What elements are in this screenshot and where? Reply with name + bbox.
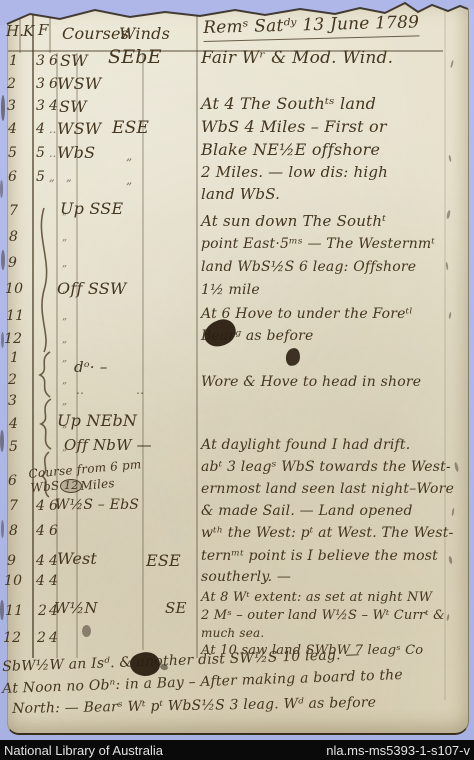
knots-cell: 3: [36, 54, 45, 68]
knots-cell: 5: [36, 146, 45, 160]
knots-cell: 5: [36, 170, 45, 184]
fathoms-cell: 6: [49, 524, 58, 538]
course-entry: W½N: [54, 601, 98, 616]
knots-cell: 4: [36, 524, 45, 538]
remark-line: At 4 The Southᵗˢ land: [201, 96, 376, 112]
knots-cell: 2: [38, 604, 47, 618]
ditto-mark: „: [62, 376, 67, 386]
ink-speck: [1, 95, 5, 121]
remark-line: At 6 Hove to under the Foreᵗˡ: [201, 307, 413, 321]
fathoms-cell: 4: [49, 574, 58, 588]
remark-line: At sun down The Southᵗ: [201, 214, 386, 229]
ditto-mark: „: [62, 233, 67, 243]
catalog-id: nla.ms-ms5393-1-s107-v: [326, 744, 470, 757]
wind-entry: ESE: [112, 120, 149, 137]
course-entry: Off NbW —: [64, 438, 152, 453]
hour-cell: 11: [6, 309, 24, 323]
ink-speck: [0, 430, 4, 452]
remark-line: southerly. —: [201, 570, 291, 584]
ditto-mark: „: [62, 335, 67, 345]
ink-speck: [0, 600, 4, 620]
wind-entry: „: [126, 174, 132, 186]
wind-entry: SEbE: [108, 48, 162, 67]
knots-cell: 3: [36, 99, 45, 113]
course-entry: 12: [60, 479, 82, 493]
wind-entry: SE: [165, 601, 187, 616]
hour-cell: 6: [8, 474, 17, 488]
column-header-winds: Winds: [119, 26, 170, 42]
course-entry: SW: [59, 99, 87, 115]
remark-line: wᵗʰ the West: pᵗ at West. The West-: [201, 526, 454, 540]
course-entry: dᵒ· –: [74, 360, 107, 375]
column-header-fathoms: F: [38, 23, 49, 38]
column-header-knots: K: [23, 24, 34, 39]
hour-cell: 10: [4, 574, 22, 588]
hour-cell: 11: [5, 604, 23, 618]
knots-cell: 4: [36, 499, 45, 513]
remark-line: abᵗ 3 leagˢ WbS towards the West-: [201, 460, 451, 474]
margin-note: North: — Bearˢ Wᵗ pᵗ WbS½S 3 leag. Wᵈ as…: [12, 696, 376, 716]
ink-speck: [0, 180, 3, 198]
ink-speck: [1, 332, 4, 348]
wind-entry: „: [126, 150, 132, 162]
remark-line: 2 Mˢ – outer land W½S – Wᵗ Currᵗ &: [201, 609, 445, 622]
hour-cell: 2: [8, 373, 17, 387]
ink-speck: [1, 250, 5, 270]
ditto-mark: „: [62, 354, 67, 364]
knots-cell: 4: [36, 554, 45, 568]
column-header-hours: H.: [6, 24, 24, 39]
course-entry: WbS: [57, 145, 95, 161]
course-entry: SW: [60, 53, 88, 69]
hour-cell: 8: [9, 524, 18, 538]
course-entry: WSW: [57, 121, 101, 137]
scanned-manuscript-view: H. K F Courses Winds Remˢ Satᵈʸ 13 June …: [0, 0, 474, 760]
hour-cell: 7: [9, 499, 18, 513]
fathoms-cell: ‥: [49, 148, 57, 159]
hour-cell: 8: [9, 230, 18, 244]
knots-cell: 3: [36, 77, 45, 91]
remark-line: ternᵐᵗ point is I believe the most: [201, 549, 438, 563]
remark-line: point East·5ᵐˢ — The Westernmᵗ: [201, 237, 435, 251]
hour-cell: 1: [9, 54, 18, 68]
remark-line: 1½ mile: [201, 283, 260, 297]
hour-cell: 1: [10, 351, 19, 365]
hour-cell: 3: [7, 99, 16, 113]
fathoms-cell: 4: [49, 99, 58, 113]
remark-line: 2 Miles. — low dis: high: [201, 165, 388, 180]
hour-cell: 2: [7, 77, 16, 91]
fathoms-cell: ‥: [49, 124, 57, 135]
course-entry: „: [66, 172, 72, 183]
course-entry: WSW: [57, 76, 101, 92]
fathoms-cell: 6: [49, 54, 58, 68]
library-footer-bar: National Library of Australia nla.ms-ms5…: [0, 740, 474, 760]
ditto-mark: „: [62, 312, 67, 322]
hour-cell: 9: [8, 256, 17, 270]
course-entry: WbS: [30, 479, 60, 493]
remark-line: & made Sail. — Land opened: [201, 504, 413, 518]
hour-cell: 9: [7, 554, 16, 568]
hour-cell: 4: [9, 417, 18, 431]
hour-cell: 12: [4, 332, 22, 346]
hour-cell: 7: [9, 204, 18, 218]
wind-entry: ESE: [146, 553, 181, 569]
course-entry: Up NEbN: [57, 413, 137, 429]
knots-cell: 2: [37, 631, 46, 645]
library-name: National Library of Australia: [4, 744, 163, 757]
hour-cell: 5: [8, 146, 17, 160]
ditto-mark: „: [62, 397, 67, 407]
fathoms-cell: „: [49, 172, 55, 183]
hour-cell: 3: [8, 394, 17, 408]
ink-blot: [82, 625, 91, 637]
remark-line: much sea.: [201, 627, 264, 639]
fathoms-cell: 4: [49, 631, 58, 645]
remark-line: ernmost land seen last night–Wore: [201, 482, 454, 496]
remark-line: land WbS½S 6 leag: Offshore: [201, 260, 416, 274]
ink-speck: [1, 520, 4, 538]
course-entry: Off SSW: [57, 281, 127, 297]
remark-line: Wore & Hove to head in shore: [201, 375, 421, 389]
ditto-mark: „: [62, 259, 67, 269]
hour-cell: 10: [5, 282, 23, 296]
course-entry: Up SSE: [60, 201, 123, 217]
course-entry: ‥: [76, 384, 84, 396]
remark-line: At daylight found I had drift.: [201, 438, 410, 452]
hour-cell: 5: [9, 440, 18, 454]
handwriting-layer: H. K F Courses Winds Remˢ Satᵈʸ 13 June …: [0, 0, 474, 760]
course-entry: West: [57, 551, 97, 567]
hour-cell: 12: [3, 631, 21, 645]
course-entry: ‥: [136, 384, 144, 396]
course-entry: Miles: [80, 477, 115, 492]
remark-line: Blake NE½E offshore: [201, 142, 380, 158]
remark-line: land WbS.: [201, 187, 280, 202]
column-header-remarks-date: Remˢ Satᵈʸ 13 June 1789: [203, 14, 420, 42]
hour-cell: 4: [8, 122, 17, 136]
course-entry: Course from 6 pm: [28, 458, 142, 480]
knots-cell: 4: [36, 122, 45, 136]
hour-cell: 6: [8, 170, 17, 184]
remark-line: WbS 4 Miles – First or: [201, 119, 387, 135]
knots-cell: 4: [36, 574, 45, 588]
remark-line: At 8 Wᵗ extent: as set at night NW: [201, 591, 432, 604]
course-entry: W½S – EbS: [55, 498, 139, 512]
remark-line: Fair Wʳ & Mod. Wind.: [201, 50, 393, 67]
